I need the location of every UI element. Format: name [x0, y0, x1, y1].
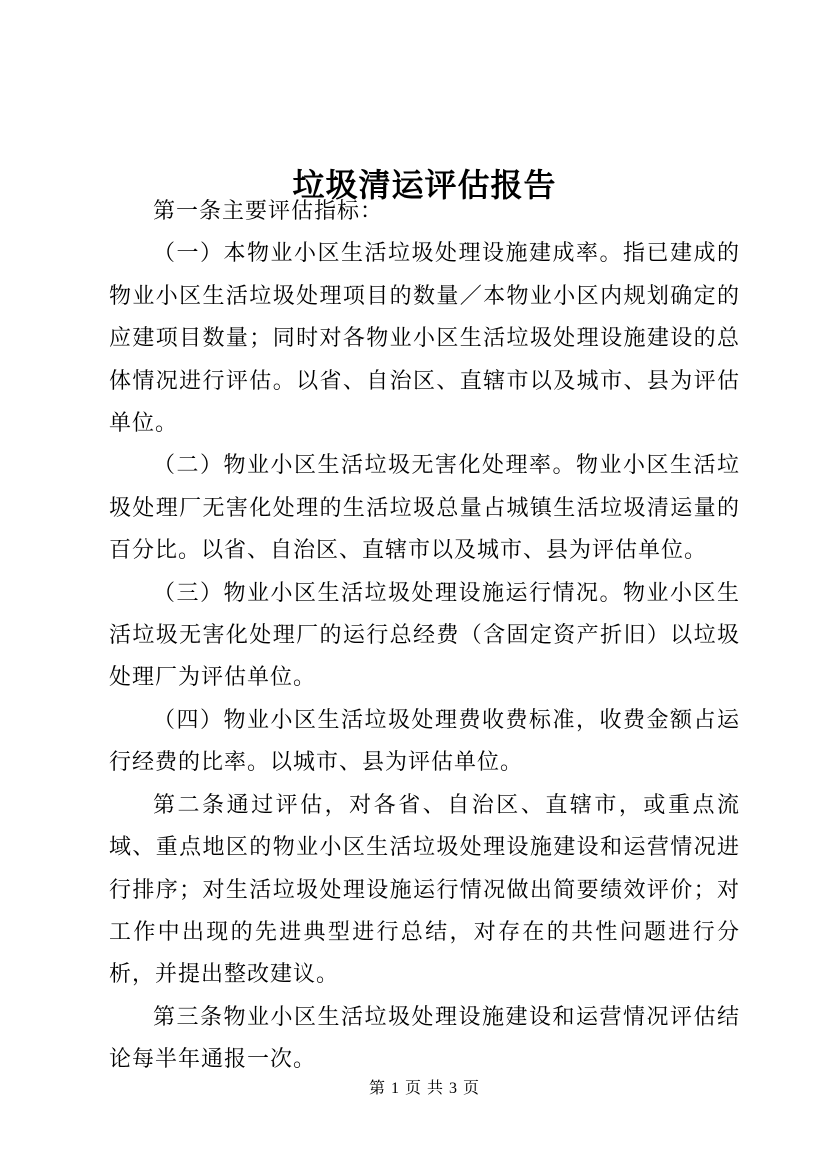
paragraph-article-2: 第二条通过评估，对各省、自治区、直辖市，或重点流域、重点地区的物业小区生活垃圾处… — [109, 784, 740, 996]
paragraph-item-2: （二）物业小区生活垃圾无害化处理率。物业小区生活垃圾处理厂无害化处理的生活垃圾总… — [109, 444, 740, 571]
document-page: 垃圾清运评估报告 第一条主要评估指标： （一）本物业小区生活垃圾处理设施建成率。… — [0, 0, 827, 1170]
page-number-footer: 第 1 页 共 3 页 — [109, 1078, 740, 1100]
paragraph-item-1: （一）本物业小区生活垃圾处理设施建成率。指已建成的物业小区生活垃圾处理项目的数量… — [109, 232, 740, 444]
paragraph-item-4: （四）物业小区生活垃圾处理费收费标准，收费金额占运行经费的比率。以城市、县为评估… — [109, 699, 740, 784]
paragraph-main-indicators-heading: 第一条主要评估指标： — [109, 190, 740, 232]
document-body: 第一条主要评估指标： （一）本物业小区生活垃圾处理设施建成率。指已建成的物业小区… — [109, 190, 740, 1081]
paragraph-article-3: 第三条物业小区生活垃圾处理设施建设和运营情况评估结论每半年通报一次。 — [109, 996, 740, 1081]
paragraph-item-3: （三）物业小区生活垃圾处理设施运行情况。物业小区生活垃圾无害化处理厂的运行总经费… — [109, 572, 740, 699]
